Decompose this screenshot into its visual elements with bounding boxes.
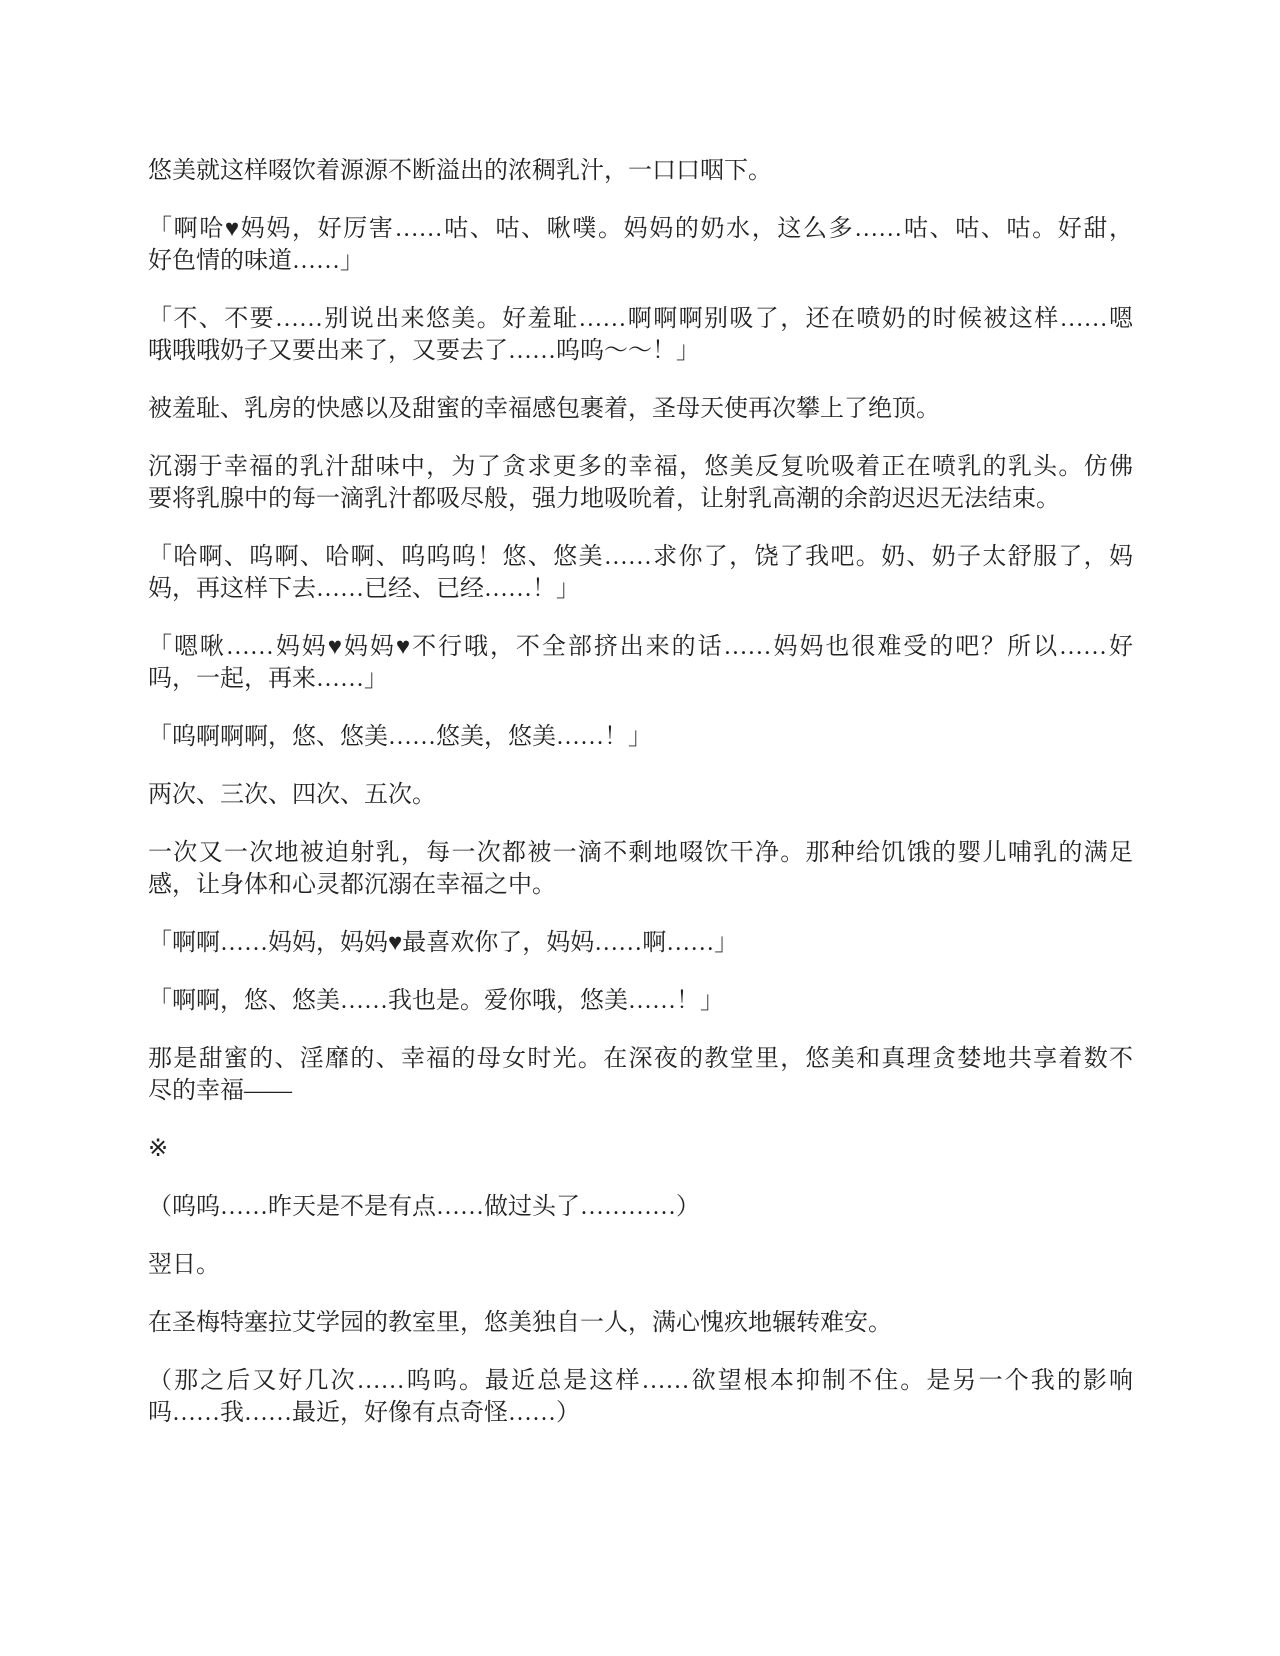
- paragraph: 「啊啊，悠、悠美……我也是。爱你哦，悠美……！」: [148, 985, 1133, 1017]
- text-line: 「不、不要……别说出来悠美。好羞耻……啊啊啊别吸了，还在喷奶的时候被这样……嗯: [148, 303, 1133, 335]
- text-line: 在圣梅特塞拉艾学园的教室里，悠美独自一人，满心愧疚地辗转难安。: [148, 1307, 1133, 1339]
- paragraph: 「啊啊……妈妈，妈妈♥最喜欢你了，妈妈……啊……」: [148, 927, 1133, 959]
- text-line: 翌日。: [148, 1249, 1133, 1281]
- text-line: 哦哦哦奶子又要出来了，又要去了……呜呜～～！」: [148, 335, 1133, 367]
- text-line: （呜呜……昨天是不是有点……做过头了…………）: [148, 1191, 1133, 1223]
- text-line: 一次又一次地被迫射乳，每一次都被一滴不剩地啜饮干净。那种给饥饿的婴儿哺乳的满足: [148, 837, 1133, 869]
- paragraph: 翌日。: [148, 1249, 1133, 1281]
- text-line: 「哈啊、呜啊、哈啊、呜呜呜！悠、悠美……求你了，饶了我吧。奶、奶子太舒服了，妈: [148, 541, 1133, 573]
- text-line: 那是甜蜜的、淫靡的、幸福的母女时光。在深夜的教堂里，悠美和真理贪婪地共享着数不: [148, 1043, 1133, 1075]
- paragraph: 被羞耻、乳房的快感以及甜蜜的幸福感包裹着，圣母天使再次攀上了绝顶。: [148, 393, 1133, 425]
- text-line: 尽的幸福——: [148, 1075, 1133, 1107]
- text-line: 「嗯啾……妈妈♥妈妈♥不行哦，不全部挤出来的话……妈妈也很难受的吧？所以……好: [148, 631, 1133, 663]
- text-line: （那之后又好几次……呜呜。最近总是这样……欲望根本抑制不住。是另一个我的影响: [148, 1365, 1133, 1397]
- paragraph: 沉溺于幸福的乳汁甜味中，为了贪求更多的幸福，悠美反复吮吸着正在喷乳的乳头。仿佛要…: [148, 451, 1133, 515]
- paragraph: （那之后又好几次……呜呜。最近总是这样……欲望根本抑制不住。是另一个我的影响吗……: [148, 1365, 1133, 1429]
- text-line: 两次、三次、四次、五次。: [148, 779, 1133, 811]
- text-line: 「啊啊……妈妈，妈妈♥最喜欢你了，妈妈……啊……」: [148, 927, 1133, 959]
- paragraph: 「嗯啾……妈妈♥妈妈♥不行哦，不全部挤出来的话……妈妈也很难受的吧？所以……好吗…: [148, 631, 1133, 695]
- paragraph: 「哈啊、呜啊、哈啊、呜呜呜！悠、悠美……求你了，饶了我吧。奶、奶子太舒服了，妈妈…: [148, 541, 1133, 605]
- text-line: ※: [148, 1133, 1133, 1165]
- text-line: 好色情的味道……」: [148, 245, 1133, 277]
- text-line: 感，让身体和心灵都沉溺在幸福之中。: [148, 869, 1133, 901]
- paragraph: 悠美就这样啜饮着源源不断溢出的浓稠乳汁，一口口咽下。: [148, 155, 1133, 187]
- text-line: 要将乳腺中的每一滴乳汁都吸尽般，强力地吸吮着，让射乳高潮的余韵迟迟无法结束。: [148, 483, 1133, 515]
- document-page: 悠美就这样啜饮着源源不断溢出的浓稠乳汁，一口口咽下。「啊哈♥妈妈，好厉害……咕、…: [0, 0, 1280, 1656]
- text-line: 悠美就这样啜饮着源源不断溢出的浓稠乳汁，一口口咽下。: [148, 155, 1133, 187]
- text-line: 妈，再这样下去……已经、已经……！」: [148, 573, 1133, 605]
- section-divider-mark: ※: [148, 1133, 1133, 1165]
- paragraph: 那是甜蜜的、淫靡的、幸福的母女时光。在深夜的教堂里，悠美和真理贪婪地共享着数不尽…: [148, 1043, 1133, 1107]
- text-line: 被羞耻、乳房的快感以及甜蜜的幸福感包裹着，圣母天使再次攀上了绝顶。: [148, 393, 1133, 425]
- text-line: 吗……我……最近，好像有点奇怪……）: [148, 1397, 1133, 1429]
- text-line: 「呜啊啊啊，悠、悠美……悠美，悠美……！」: [148, 721, 1133, 753]
- paragraph: （呜呜……昨天是不是有点……做过头了…………）: [148, 1191, 1133, 1223]
- paragraph: 「呜啊啊啊，悠、悠美……悠美，悠美……！」: [148, 721, 1133, 753]
- text-line: 吗，一起，再来……」: [148, 663, 1133, 695]
- paragraph: 「啊哈♥妈妈，好厉害……咕、咕、啾噗。妈妈的奶水，这么多……咕、咕、咕。好甜，好…: [148, 213, 1133, 277]
- paragraph: 在圣梅特塞拉艾学园的教室里，悠美独自一人，满心愧疚地辗转难安。: [148, 1307, 1133, 1339]
- paragraph: 「不、不要……别说出来悠美。好羞耻……啊啊啊别吸了，还在喷奶的时候被这样……嗯哦…: [148, 303, 1133, 367]
- paragraph: 两次、三次、四次、五次。: [148, 779, 1133, 811]
- paragraph: 一次又一次地被迫射乳，每一次都被一滴不剩地啜饮干净。那种给饥饿的婴儿哺乳的满足感…: [148, 837, 1133, 901]
- text-line: 「啊啊，悠、悠美……我也是。爱你哦，悠美……！」: [148, 985, 1133, 1017]
- text-line: 沉溺于幸福的乳汁甜味中，为了贪求更多的幸福，悠美反复吮吸着正在喷乳的乳头。仿佛: [148, 451, 1133, 483]
- text-line: 「啊哈♥妈妈，好厉害……咕、咕、啾噗。妈妈的奶水，这么多……咕、咕、咕。好甜，: [148, 213, 1133, 245]
- text-content: 悠美就这样啜饮着源源不断溢出的浓稠乳汁，一口口咽下。「啊哈♥妈妈，好厉害……咕、…: [148, 155, 1133, 1455]
